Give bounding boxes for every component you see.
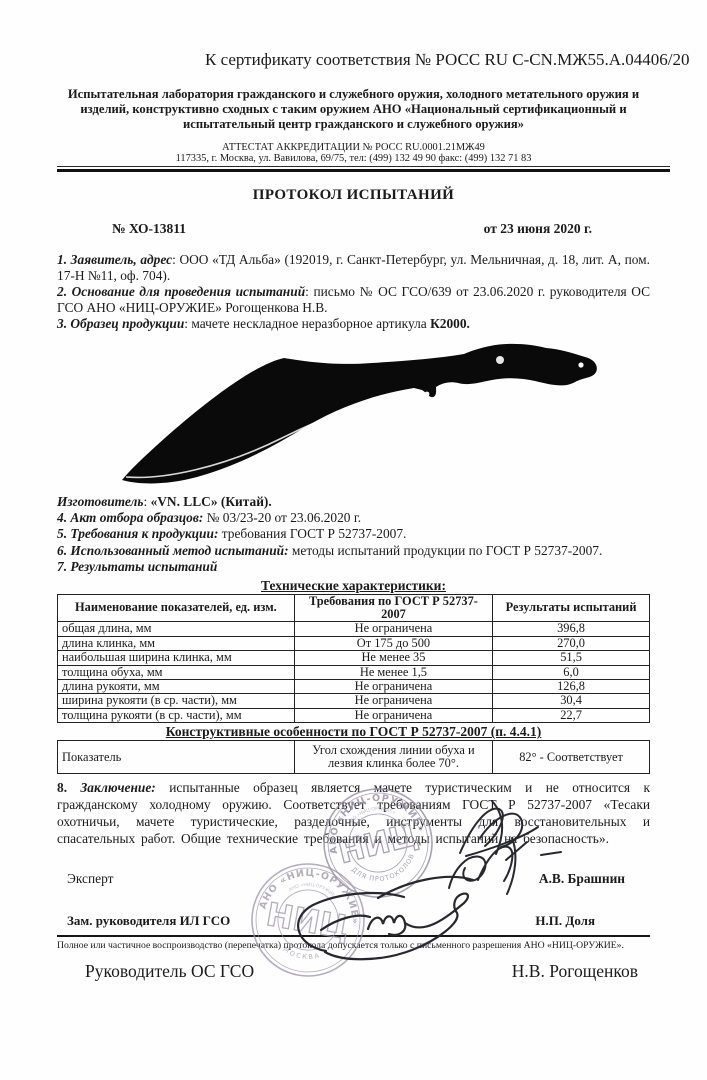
item-applicant: 1. Заявитель, адрес: ООО «ТД Альба» (192… [57, 252, 650, 284]
requirement-cell: Не менее 1,5 [294, 665, 492, 679]
requirement-cell: Не ограничена [294, 622, 492, 636]
result-cell: 396,8 [493, 622, 650, 636]
angle-requirement-cell: Угол схождения линии обуха и лезвия клин… [294, 741, 492, 774]
protocol-number: № ХО-13811 [112, 221, 186, 237]
parameter-cell: общая длина, мм [58, 622, 295, 636]
result-cell: 51,5 [493, 651, 650, 665]
result-cell: 270,0 [493, 636, 650, 650]
angle-result-cell: 82° - Соответствует [493, 741, 650, 774]
column-header-requirement: Требования по ГОСТ Р 52737-2007 [294, 594, 492, 622]
constructive-features-table: Показатель Угол схождения линии обуха и … [57, 740, 650, 774]
manufacturer-label: Изготовитель [57, 494, 143, 509]
parameter-cell: наибольшая ширина клинка, мм [58, 651, 295, 665]
laboratory-address-line: 117335, г. Москва, ул. Вавилова, 69/75, … [57, 153, 650, 164]
head-role: Руководитель ОС ГСО [85, 961, 254, 982]
laboratory-name-line1: Испытательная лаборатория гражданского и… [57, 87, 650, 102]
laboratory-name: Испытательная лаборатория гражданского и… [57, 87, 650, 133]
conclusion-label: Заключение: [67, 780, 169, 795]
table-row: длина клинка, ммОт 175 до 500270,0 [58, 636, 650, 650]
item-basis: 2. Основание для проведения испытаний: п… [57, 284, 650, 316]
head-name: Н.В. Рогощенков [512, 961, 638, 982]
protocol-number-row: № ХО-13811 от 23 июня 2020 г. [57, 221, 650, 237]
handle-rivet [496, 356, 504, 364]
scanned-test-protocol-document: К сертификату соответствия № РОСС RU C-C… [0, 0, 707, 1080]
machete-blade-shape [122, 343, 597, 483]
table-row: ширина рукояти (в ср. части), ммНе огран… [58, 694, 650, 708]
indicator-cell: Показатель [58, 741, 295, 774]
item-sample-text: : мачете нескладное неразборное артикула [184, 316, 430, 331]
deputy-name: Н.П. Доля [535, 913, 595, 929]
parameter-cell: толщина рукояти (в ср. части), мм [58, 708, 295, 722]
machete-silhouette-image [102, 338, 607, 488]
conclusion-number: 8. [57, 780, 67, 795]
protocol-date: от 23 июня 2020 г. [484, 221, 592, 237]
laboratory-name-line3: испытательный центр гражданского и служе… [57, 117, 650, 132]
requirement-cell: Не менее 35 [294, 651, 492, 665]
requirement-cell: Не ограничена [294, 694, 492, 708]
parameter-cell: длина клинка, мм [58, 636, 295, 650]
item-applicant-label: 1. Заявитель, адрес [57, 252, 172, 267]
result-cell: 22,7 [493, 708, 650, 722]
item-sampling-act-text: № 03/23-20 от 23.06.2020 г. [203, 510, 361, 525]
manufacturer-value: «VN. LLC» (Китай). [151, 494, 272, 509]
laboratory-name-line2: изделий, конструктивно сходных с таким о… [57, 102, 650, 117]
column-header-parameter: Наименование показателей, ед. изм. [58, 594, 295, 622]
item-sampling-act: 4. Акт отбора образцов: № 03/23-20 от 23… [57, 510, 650, 526]
item-method: 6. Использованный метод испытаний: метод… [57, 543, 650, 559]
manufacturer-sep: : [143, 494, 150, 509]
parameter-cell: ширина рукояти (в ср. части), мм [58, 694, 295, 708]
result-cell: 126,8 [493, 680, 650, 694]
certificate-reference-line: К сертификату соответствия № РОСС RU C-C… [57, 50, 650, 70]
accreditation-certificate-line: АТТЕСТАТ АККРЕДИТАЦИИ № РОСС RU.0001.21М… [57, 142, 650, 153]
item-sample: 3. Образец продукции: мачете нескладное … [57, 316, 650, 332]
item-results: 7. Результаты испытаний [57, 559, 650, 575]
item-method-label: 6. Использованный метод испытаний: [57, 543, 289, 558]
column-header-result: Результаты испытаний [493, 594, 650, 622]
item-requirements-label: 5. Требования к продукции: [57, 526, 218, 541]
expert-signature-row: Эксперт А.В. Брашнин [57, 871, 650, 887]
table-row: наибольшая ширина клинка, ммНе менее 355… [58, 651, 650, 665]
item-results-label: 7. Результаты испытаний [57, 559, 217, 574]
table-row: толщина обуха, ммНе менее 1,56,0 [58, 665, 650, 679]
item-sample-article: К2000. [430, 316, 470, 331]
item-requirements: 5. Требования к продукции: требования ГО… [57, 526, 650, 542]
expert-role: Эксперт [67, 871, 113, 887]
pommel-lanyard-hole [578, 362, 583, 367]
result-cell: 6,0 [493, 665, 650, 679]
header-divider-thin [57, 166, 670, 167]
expert-name: А.В. Брашнин [539, 871, 625, 887]
table-row: Показатель Угол схождения линии обуха и … [58, 741, 650, 774]
machete-photo [57, 338, 650, 488]
constructive-features-title: Конструктивные особенности по ГОСТ Р 527… [57, 724, 650, 740]
requirement-cell: Не ограничена [294, 680, 492, 694]
table-row: длина рукояти, ммНе ограничена126,8 [58, 680, 650, 694]
head-signature-row: Руководитель ОС ГСО Н.В. Рогощенков [57, 961, 650, 982]
parameter-cell: толщина обуха, мм [58, 665, 295, 679]
guard-ring-hole [425, 391, 430, 396]
document-body: К сертификату соответствия № РОСС RU C-C… [57, 0, 650, 982]
manufacturer-line: Изготовитель: «VN. LLC» (Китай). [57, 494, 650, 510]
tech-characteristics-table: Наименование показателей, ед. изм. Требо… [57, 594, 650, 724]
header-divider-thick [57, 169, 670, 172]
item-sample-label: 3. Образец продукции [57, 316, 184, 331]
deputy-signature-row: Зам. руководителя ИЛ ГСО Н.П. Доля [57, 913, 650, 937]
tech-characteristics-title: Технические характеристики: [57, 578, 650, 594]
protocol-items: 1. Заявитель, адрес: ООО «ТД Альба» (192… [57, 252, 650, 332]
table-row: общая длина, ммНе ограничена396,8 [58, 622, 650, 636]
requirement-cell: Не ограничена [294, 708, 492, 722]
item-requirements-text: требования ГОСТ Р 52737-2007. [218, 526, 406, 541]
requirement-cell: От 175 до 500 [294, 636, 492, 650]
item-basis-label: 2. Основание для проведения испытаний [57, 284, 305, 299]
parameter-cell: длина рукояти, мм [58, 680, 295, 694]
table-header-row: Наименование показателей, ед. изм. Требо… [58, 594, 650, 622]
protocol-title: ПРОТОКОЛ ИСПЫТАНИЙ [57, 187, 650, 204]
reproduction-note: Полное или частичное воспроизводство (пе… [57, 940, 650, 951]
result-cell: 30,4 [493, 694, 650, 708]
table-row: толщина рукояти (в ср. части), ммНе огра… [58, 708, 650, 722]
details-block: Изготовитель: «VN. LLC» (Китай). 4. Акт … [57, 494, 650, 576]
conclusion-paragraph: 8. Заключение: испытанные образец являет… [57, 780, 650, 847]
deputy-role: Зам. руководителя ИЛ ГСО [67, 913, 230, 929]
item-method-text: методы испытаний продукции по ГОСТ Р 527… [289, 543, 603, 558]
item-sampling-act-label: 4. Акт отбора образцов: [57, 510, 203, 525]
